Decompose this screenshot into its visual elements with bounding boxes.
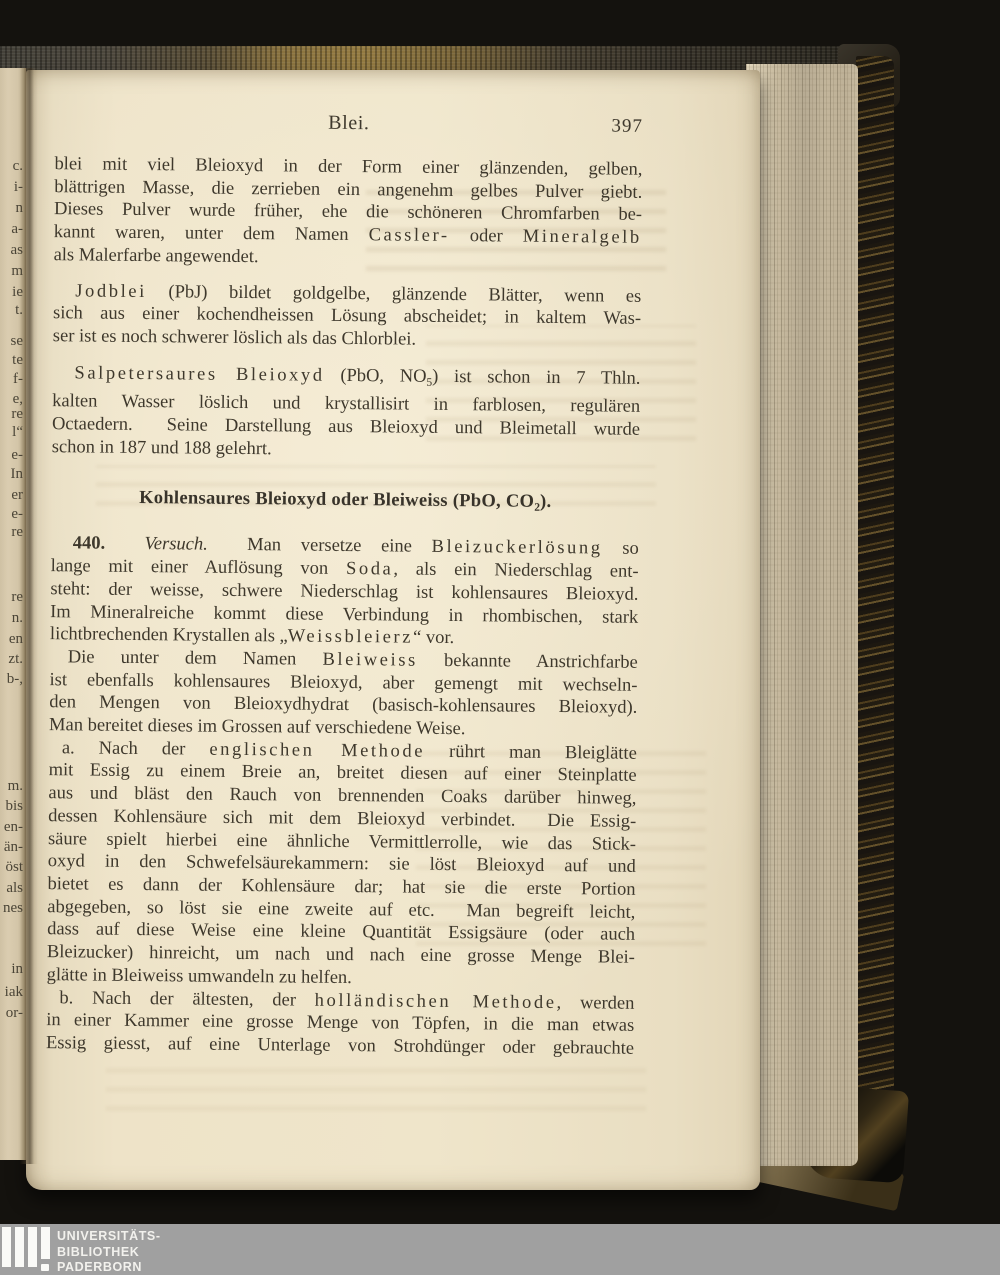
paragraph: blei mit viel Bleioxyd in der Form einer… (54, 153, 643, 272)
running-header: Blei. 397 (55, 109, 643, 141)
paragraph: Salpetersaures Bleioxyd (PbO, NO5) ist s… (52, 362, 641, 464)
library-name-line3: PADERBORN (57, 1260, 161, 1275)
page-number: 397 (611, 116, 643, 138)
paragraph: Jodblei (PbJ) bildet goldgelbe, glänzend… (53, 280, 642, 354)
library-banner: UNIVERSITÄTS- BIBLIOTHEK PADERBORN (0, 1224, 1000, 1275)
page-stack-fore-edge (746, 64, 858, 1166)
show-through-text (106, 1055, 646, 1125)
page-title: Blei. (55, 109, 643, 138)
book-scan: c.i-na-asmiet.setef-e,rel“e-Inere-reren.… (0, 0, 1000, 1275)
paragraph: Die unter dem Namen Bleiweiss bekannte A… (49, 646, 638, 742)
paragraph: a. Nach der englischen Methode rührt man… (47, 737, 637, 992)
section-heading: Kohlensaures Bleioxyd oder Bleiweiss (Pb… (51, 485, 639, 523)
library-name-line1: UNIVERSITÄTS- (57, 1229, 161, 1245)
library-name: UNIVERSITÄTS- BIBLIOTHEK PADERBORN (57, 1229, 161, 1275)
book-cover-top-edge (0, 46, 870, 72)
page-text: Blei. 397 blei mit viel Bleioxyd in der … (46, 109, 643, 1060)
text-flow: blei mit viel Bleioxyd in der Form einer… (46, 153, 643, 1060)
paragraph: 440. Versuch. Man versetze eine Bleizuck… (50, 533, 639, 652)
paragraph: b. Nach der ältesten, der holländischen … (46, 987, 635, 1061)
gutter-crease (20, 68, 38, 1164)
library-name-line2: BIBLIOTHEK (57, 1245, 161, 1261)
book-cover-right-edge (856, 56, 894, 1164)
